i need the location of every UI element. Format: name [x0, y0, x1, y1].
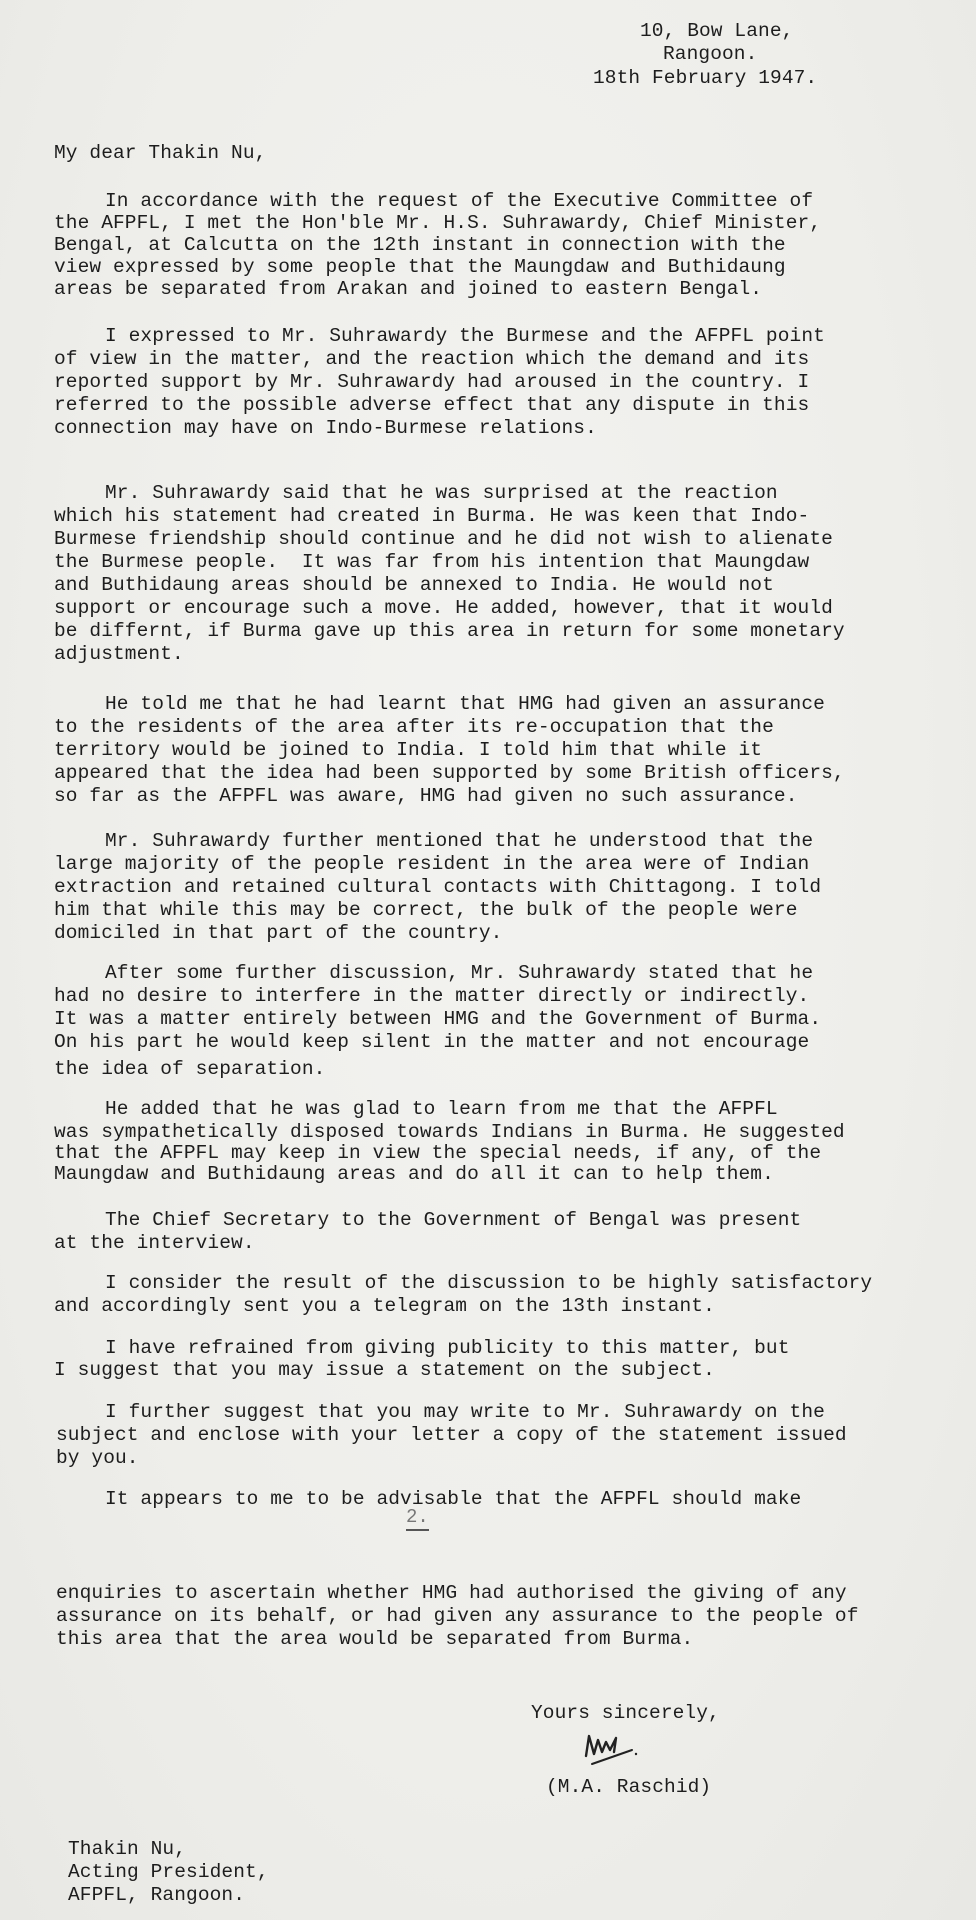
- letter-page: 10, Bow Lane, Rangoon. 18th February 194…: [0, 0, 976, 1920]
- text-line: so far as the AFPFL was aware, HMG had g…: [54, 785, 798, 807]
- text-line: enquiries to ascertain whether HMG had a…: [56, 1582, 847, 1604]
- text-line: and Buthidaung areas should be annexed t…: [54, 574, 774, 596]
- text-line: Mr. Suhrawardy said that he was surprise…: [46, 482, 778, 504]
- text-line: the AFPFL, I met the Hon'ble Mr. H.S. Su…: [54, 212, 821, 234]
- text-line: reported support by Mr. Suhrawardy had a…: [54, 371, 809, 393]
- address-line-2: Rangoon.: [663, 43, 757, 65]
- text-line: Burmese friendship should continue and h…: [54, 528, 833, 550]
- text-line: In accordance with the request of the Ex…: [46, 190, 813, 212]
- text-line: I expressed to Mr. Suhrawardy the Burmes…: [46, 325, 825, 347]
- text-line: subject and enclose with your letter a c…: [56, 1424, 847, 1446]
- text-line: view expressed by some people that the M…: [54, 256, 786, 278]
- text-line: to the residents of the area after its r…: [54, 716, 774, 738]
- text-line: of view in the matter, and the reaction …: [54, 348, 809, 370]
- text-line: He added that he was glad to learn from …: [46, 1098, 778, 1120]
- text-line: the idea of separation.: [54, 1058, 325, 1080]
- text-line: was sympathetically disposed towards Ind…: [54, 1121, 845, 1143]
- closing: Yours sincerely,: [531, 1702, 720, 1724]
- text-line: at the interview.: [54, 1232, 255, 1254]
- text-line: adjustment.: [54, 643, 184, 665]
- text-line: domiciled in that part of the country.: [54, 922, 502, 944]
- address-date: 18th February 1947.: [593, 67, 817, 89]
- text-line: Maungdaw and Buthidaung areas and do all…: [54, 1163, 774, 1185]
- address-line-1: 10, Bow Lane,: [640, 20, 793, 42]
- text-line: assurance on its behalf, or had given an…: [56, 1605, 859, 1627]
- text-line: extraction and retained cultural contact…: [54, 876, 821, 898]
- text-line: After some further discussion, Mr. Suhra…: [46, 962, 813, 984]
- text-line: areas be separated from Arakan and joine…: [54, 278, 762, 300]
- text-line: It was a matter entirely between HMG and…: [54, 1008, 821, 1030]
- text-line: I have refrained from giving publicity t…: [46, 1337, 790, 1359]
- text-line: which his statement had created in Burma…: [54, 505, 809, 527]
- text-line: that the AFPFL may keep in view the spec…: [54, 1142, 821, 1164]
- text-line: this area that the area would be separat…: [56, 1628, 693, 1650]
- recipient-line-1: Thakin Nu,: [68, 1838, 186, 1860]
- text-line: and accordingly sent you a telegram on t…: [54, 1295, 715, 1317]
- text-line: connection may have on Indo-Burmese rela…: [54, 417, 597, 439]
- text-line: appeared that the idea had been supporte…: [54, 762, 845, 784]
- text-line: referred to the possible adverse effect …: [54, 394, 809, 416]
- text-line: support or encourage such a move. He add…: [54, 597, 833, 619]
- recipient-line-2: Acting President,: [68, 1861, 269, 1883]
- text-line: He told me that he had learnt that HMG h…: [46, 693, 825, 715]
- text-line: The Chief Secretary to the Government of…: [46, 1209, 801, 1231]
- page-number: 2.: [406, 1506, 429, 1531]
- signature-name: (M.A. Raschid): [546, 1776, 711, 1798]
- text-line: had no desire to interfere in the matter…: [54, 985, 809, 1007]
- text-line: I suggest that you may issue a statement…: [54, 1359, 715, 1381]
- text-line: him that while this may be correct, the …: [54, 899, 798, 921]
- text-line: I further suggest that you may write to …: [46, 1401, 825, 1423]
- text-line: On his part he would keep silent in the …: [54, 1031, 809, 1053]
- text-line: Mr. Suhrawardy further mentioned that he…: [46, 830, 813, 852]
- text-line: territory would be joined to India. I to…: [54, 739, 762, 761]
- text-line: large majority of the people resident in…: [54, 853, 809, 875]
- text-line: be differnt, if Burma gave up this area …: [54, 620, 845, 642]
- signature-mark: [580, 1728, 650, 1768]
- recipient-line-3: AFPFL, Rangoon.: [68, 1884, 245, 1906]
- salutation: My dear Thakin Nu,: [54, 142, 266, 164]
- text-line: Bengal, at Calcutta on the 12th instant …: [54, 234, 786, 256]
- text-line: by you.: [56, 1447, 139, 1469]
- text-line: the Burmese people. It was far from his …: [54, 551, 809, 573]
- text-line: I consider the result of the discussion …: [46, 1272, 872, 1294]
